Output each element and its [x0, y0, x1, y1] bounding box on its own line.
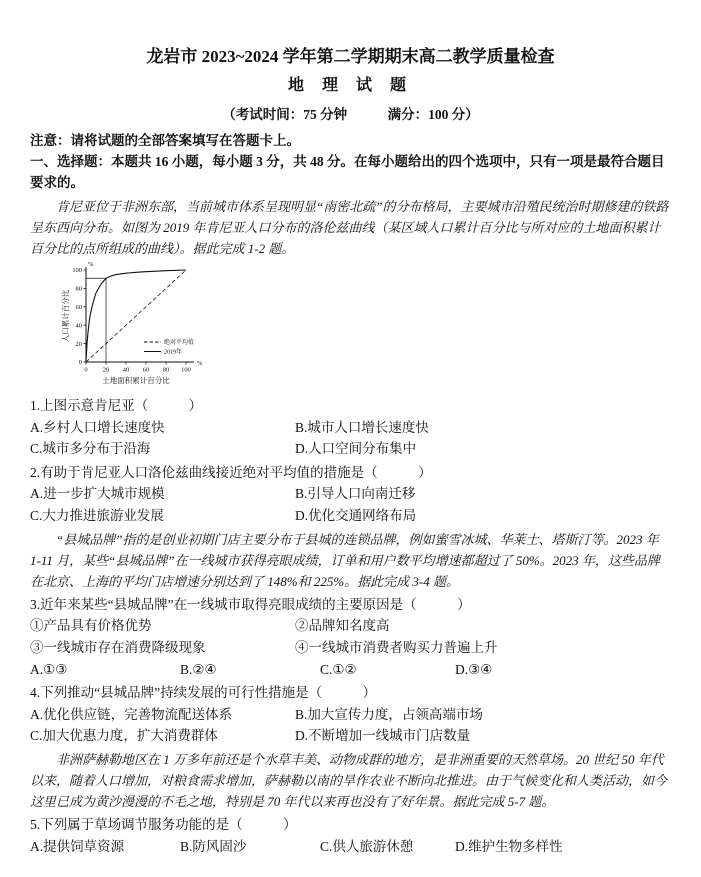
page-title: 龙岩市 2023~2024 学年第二学期期末高二教学质量检查 — [30, 46, 671, 68]
question-1-options-row-2: C.城市多分布于沿海 D.人口空间分布集中 — [30, 438, 671, 460]
question-5-stem: 5.下列属于草场调节服务功能的是（ ） — [30, 814, 671, 836]
question-3-statements-row-2: ③一线城市存在消费降级现象 ④一线城市消费者购买力普遍上升 — [30, 637, 671, 659]
question-3-option-a: A.①③ — [30, 659, 180, 681]
question-3: 3.近年来某些“县城品牌”在一线城市取得亮眼成绩的主要原因是（ ） ①产品具有价… — [30, 594, 671, 680]
section-heading: 一、选择题：本题共 16 小题，每小题 3 分，共 48 分。在每小题给出的四个… — [30, 152, 671, 194]
question-4-option-d: D.不断增加一线城市门店数量 — [295, 725, 671, 747]
question-4: 4.下列推动“县城品牌”持续发展的可行性措施是（ ） A.优化供应链，完善物流配… — [30, 682, 671, 747]
svg-text:人口累计百分比: 人口累计百分比 — [60, 289, 70, 342]
svg-text:80: 80 — [163, 367, 170, 374]
question-2-option-c: C.大力推进旅游业发展 — [30, 505, 295, 527]
lorenz-chart-svg: 020406080100020406080100%%土地面积累计百分比人口累计百… — [42, 262, 254, 392]
question-2-options-row-2: C.大力推进旅游业发展 D.优化交通网络布局 — [30, 505, 671, 527]
question-3-option-d: D.③④ — [455, 659, 671, 681]
question-5-option-b: B.防风固沙 — [180, 836, 320, 858]
svg-text:土地面积累计百分比: 土地面积累计百分比 — [102, 375, 170, 385]
question-3-option-c: C.①② — [320, 659, 455, 681]
question-1-stem: 1.上图示意肯尼亚（ ） — [30, 395, 671, 417]
exam-info: （考试时间：75 分钟 满分：100 分） — [30, 104, 671, 126]
question-1: 1.上图示意肯尼亚（ ） A.乡村人口增长速度快 B.城市人口增长速度快 C.城… — [30, 395, 671, 460]
question-2-option-b: B.引导人口向南迁移 — [295, 483, 671, 505]
svg-text:40: 40 — [123, 367, 130, 374]
svg-text:0: 0 — [79, 359, 82, 366]
question-4-option-c: C.加大优惠力度，扩大消费群体 — [30, 725, 295, 747]
question-1-option-b: B.城市人口增长速度快 — [295, 417, 671, 439]
question-3-stem: 3.近年来某些“县城品牌”在一线城市取得亮眼成绩的主要原因是（ ） — [30, 594, 671, 616]
question-1-option-d: D.人口空间分布集中 — [295, 438, 671, 460]
question-2-stem: 2.有助于肯尼亚人口洛伦兹曲线接近绝对平均值的措施是（ ） — [30, 462, 671, 484]
question-5-option-d: D.维护生物多样性 — [455, 836, 671, 858]
question-5: 5.下列属于草场调节服务功能的是（ ） A.提供饲草资源 B.防风固沙 C.供人… — [30, 814, 671, 857]
svg-text:60: 60 — [143, 367, 150, 374]
svg-text:40: 40 — [76, 322, 83, 329]
question-2: 2.有助于肯尼亚人口洛伦兹曲线接近绝对平均值的措施是（ ） A.进一步扩大城市规… — [30, 462, 671, 527]
question-3-statement-1: ①产品具有价格优势 — [30, 615, 295, 637]
question-1-option-a: A.乡村人口增长速度快 — [30, 417, 295, 439]
question-4-options-row-2: C.加大优惠力度，扩大消费群体 D.不断增加一线城市门店数量 — [30, 725, 671, 747]
svg-text:%: % — [197, 360, 203, 367]
question-3-options-row: A.①③ B.②④ C.①② D.③④ — [30, 659, 671, 681]
svg-text:100: 100 — [181, 367, 191, 374]
lorenz-chart: 020406080100020406080100%%土地面积累计百分比人口累计百… — [42, 262, 671, 392]
question-5-options-row: A.提供饲草资源 B.防风固沙 C.供人旅游休憩 D.维护生物多样性 — [30, 836, 671, 858]
question-3-statement-2: ②品牌知名度高 — [295, 615, 671, 637]
question-4-options-row-1: A.优化供应链，完善物流配送体系 B.加大宣传力度，占领高端市场 — [30, 704, 671, 726]
question-2-option-d: D.优化交通网络布局 — [295, 505, 671, 527]
question-4-option-b: B.加大宣传力度，占领高端市场 — [295, 704, 671, 726]
svg-text:2019年: 2019年 — [164, 348, 182, 356]
question-2-options-row-1: A.进一步扩大城市规模 B.引导人口向南迁移 — [30, 483, 671, 505]
document-page: 龙岩市 2023~2024 学年第二学期期末高二教学质量检查 地 理 试 题 （… — [0, 0, 701, 877]
passage-county-brand: “县城品牌”指的是创业初期门店主要分布于县城的连锁品牌，例如蜜雪冰城、华莱士、塔… — [30, 529, 671, 592]
question-1-option-c: C.城市多分布于沿海 — [30, 438, 295, 460]
question-1-options-row-1: A.乡村人口增长速度快 B.城市人口增长速度快 — [30, 417, 671, 439]
notice-line: 注意：请将试题的全部答案填写在答题卡上。 — [30, 130, 671, 152]
svg-text:20: 20 — [103, 367, 110, 374]
svg-text:0: 0 — [84, 367, 87, 374]
subject-title: 地 理 试 题 — [30, 76, 671, 97]
question-3-statement-4: ④一线城市消费者购买力普遍上升 — [295, 637, 671, 659]
question-4-stem: 4.下列推动“县城品牌”持续发展的可行性措施是（ ） — [30, 682, 671, 704]
question-3-option-b: B.②④ — [180, 659, 320, 681]
question-5-option-c: C.供人旅游休憩 — [320, 836, 455, 858]
question-2-option-a: A.进一步扩大城市规模 — [30, 483, 295, 505]
passage-kenya: 肯尼亚位于非洲东部，当前城市体系呈现明显“南密北疏”的分布格局，主要城市沿殖民统… — [30, 196, 671, 259]
question-3-statements-row-1: ①产品具有价格优势 ②品牌知名度高 — [30, 615, 671, 637]
svg-text:60: 60 — [76, 304, 83, 311]
svg-text:80: 80 — [76, 286, 83, 293]
svg-text:20: 20 — [76, 341, 83, 348]
question-5-option-a: A.提供饲草资源 — [30, 836, 180, 858]
passage-sahel: 非洲萨赫勒地区在 1 万多年前还是个水草丰美、动物成群的地方，是非洲重要的天然草… — [30, 749, 671, 812]
question-3-statement-3: ③一线城市存在消费降级现象 — [30, 637, 295, 659]
svg-text:100: 100 — [72, 267, 82, 274]
question-4-option-a: A.优化供应链，完善物流配送体系 — [30, 704, 295, 726]
svg-text:绝对平均值: 绝对平均值 — [164, 338, 194, 346]
svg-text:%: % — [88, 262, 94, 268]
